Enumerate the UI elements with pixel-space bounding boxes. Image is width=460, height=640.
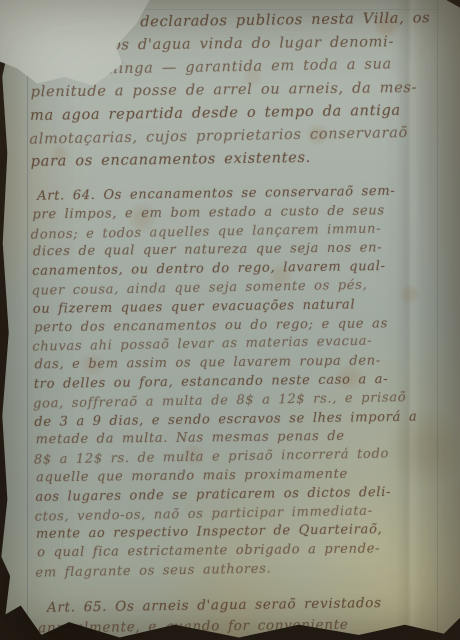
article-64-paragraph: Art. 64. Os encanamentos se conservaraõ …	[31, 182, 448, 582]
left-margin-rule	[27, 0, 28, 640]
article-65-paragraph: Art. 65. Os arneis d'agua seraõ revistad…	[37, 592, 450, 640]
photo-backing: 63. Ficaõ declarados publicos nesta Vill…	[0, 0, 460, 640]
handwritten-text-block: 63. Ficaõ declarados publicos nesta Vill…	[29, 7, 450, 639]
manuscript-paper: 63. Ficaõ declarados publicos nesta Vill…	[0, 0, 460, 640]
manuscript-line: annualmente, e quando for conveniente	[38, 613, 450, 639]
